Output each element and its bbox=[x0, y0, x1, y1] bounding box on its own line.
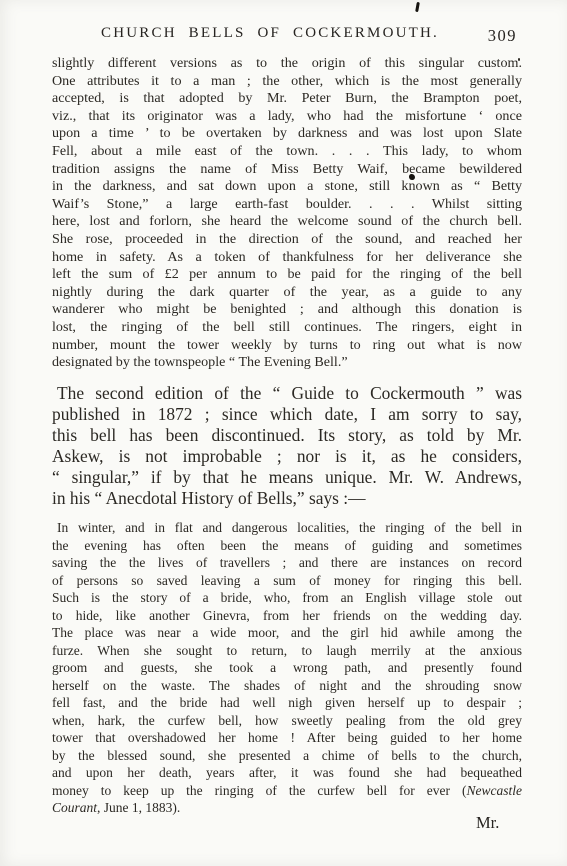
ink-mark-top bbox=[415, 2, 420, 12]
block-quote: In winter, and in flat and dangerous loc… bbox=[52, 519, 522, 817]
running-header: CHURCH BELLS OF COCKERMOUTH. 309 bbox=[0, 25, 567, 45]
text-line: “ singular,” if by that he means unique.… bbox=[52, 467, 522, 488]
text-line: and upon her death, years after, it was … bbox=[52, 764, 522, 782]
catchword: Mr. bbox=[476, 813, 499, 833]
book-page: CHURCH BELLS OF COCKERMOUTH. 309 slightl… bbox=[0, 0, 567, 866]
text-line: saving the the lives of travellers ; and… bbox=[52, 554, 522, 572]
text-line: viz., that its originator was a lady, wh… bbox=[52, 108, 522, 126]
paragraph-large: The second edition of the “ Guide to Coc… bbox=[52, 383, 522, 509]
text-line: the evening has often been the means of … bbox=[52, 537, 522, 555]
text-line: lost, the ringing of the bell still cont… bbox=[52, 319, 522, 337]
citation-source: Courant bbox=[52, 800, 97, 815]
text-line: published in 1872 ; since which date, I … bbox=[52, 404, 522, 425]
text-line: left the sum of £2 per annum to be paid … bbox=[52, 266, 522, 284]
text-line: to hide, like another Ginevra, from her … bbox=[52, 607, 522, 625]
paragraph-main: slightly different versions as to the or… bbox=[52, 55, 522, 372]
text-line: One attributes it to a man ; the other, … bbox=[52, 73, 522, 91]
text-line: designated by the townspeople “ The Even… bbox=[52, 354, 522, 372]
text-line: Askew, is not improbable ; nor is it, as… bbox=[52, 446, 522, 467]
text-line: number, mount the tower weekly by turns … bbox=[52, 337, 522, 355]
text-line: accepted, is that adopted by Mr. Peter B… bbox=[52, 90, 522, 108]
page-number: 309 bbox=[488, 26, 517, 46]
text-line: furze. When she sought to return, to lau… bbox=[52, 642, 522, 660]
text-line: The second edition of the “ Guide to Coc… bbox=[52, 383, 522, 404]
text-line: groom and guests, she took a wrong path,… bbox=[52, 659, 522, 677]
text-line: upon a time ’ to be overtaken by darknes… bbox=[52, 125, 522, 143]
text-line: nightly during the dark quarter of the y… bbox=[52, 284, 522, 302]
text-line: tower that overshadowed her home ! After… bbox=[52, 729, 522, 747]
text-line: by the blessed sound, she presented a ch… bbox=[52, 747, 522, 765]
text-line-citation-start: money to keep up the ringing of the curf… bbox=[52, 782, 522, 800]
text-line: fell fast, and the bride had well nigh g… bbox=[52, 694, 522, 712]
text-line: tradition assigns the name of Miss Betty… bbox=[52, 161, 522, 179]
text-line: Fell, about a mile east of the town. . .… bbox=[52, 143, 522, 161]
text-line: in the darkness, and sat down upon a sto… bbox=[52, 178, 522, 196]
text-line: when, hark, the curfew bell, how sweetly… bbox=[52, 712, 522, 730]
text-line: here, lost and forlorn, she heard the we… bbox=[52, 213, 522, 231]
text-line: Such is the story of a bride, who, from … bbox=[52, 589, 522, 607]
text-line: In winter, and in flat and dangerous loc… bbox=[52, 519, 522, 537]
text-line-citation-end: Courant, June 1, 1883). bbox=[52, 799, 522, 817]
text-line: of persons so saved leaving a sum of mon… bbox=[52, 572, 522, 590]
text-line: Waif’s Stone,” a large earth-fast boulde… bbox=[52, 196, 522, 214]
text-line: wanderer who might be benighted ; and al… bbox=[52, 301, 522, 319]
text-line: in his “ Anecdotal History of Bells,” sa… bbox=[52, 488, 522, 509]
citation-source: Newcastle bbox=[467, 783, 523, 798]
text-line: herself on the waste. The shades of nigh… bbox=[52, 677, 522, 695]
text-line: this bell has been discontinued. Its sto… bbox=[52, 425, 522, 446]
page-title: CHURCH BELLS OF COCKERMOUTH. bbox=[101, 25, 439, 42]
text-line: slightly different versions as to the or… bbox=[52, 55, 522, 73]
text-line: She rose, proceeded in the direction of … bbox=[52, 231, 522, 249]
text-line: home in safety. As a token of thankfulne… bbox=[52, 249, 522, 267]
text-line: The place was near a wide moor, and the … bbox=[52, 624, 522, 642]
